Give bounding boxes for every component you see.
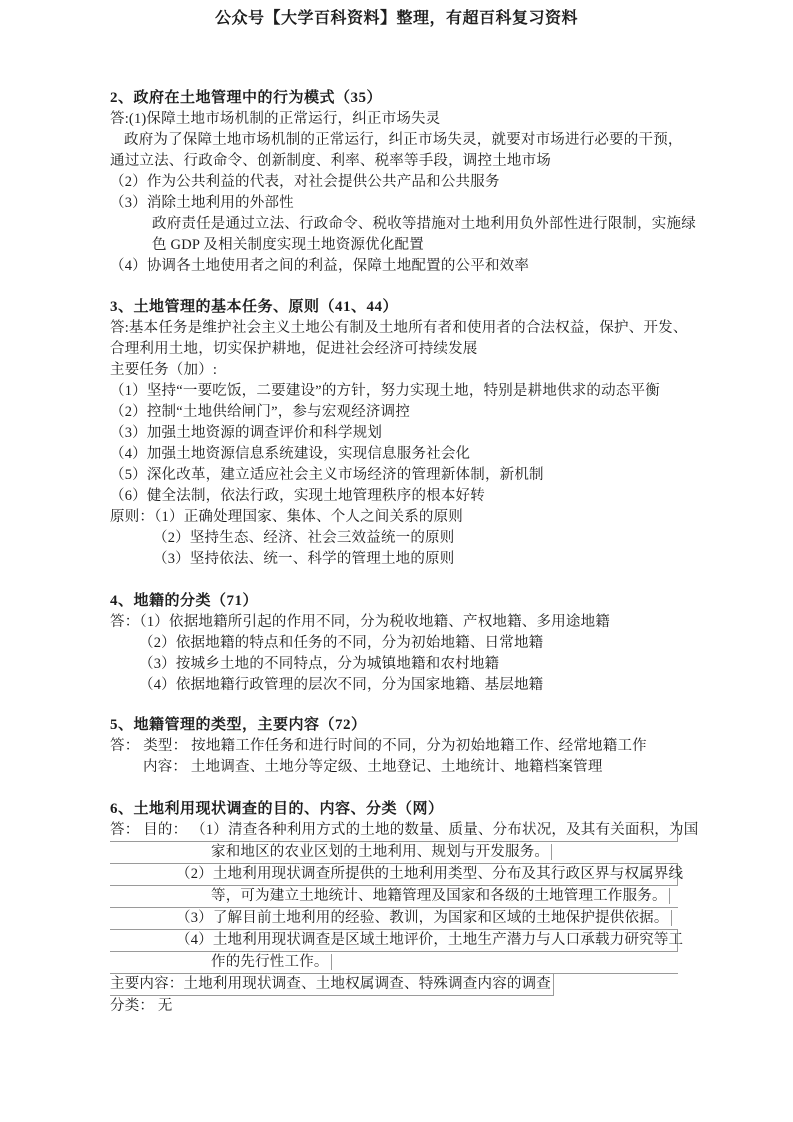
text-line-row: 分类： 无 — [110, 996, 678, 1017]
document-page: 公众号【大学百科资料】整理，有超百科复习资料 2、政府在土地管理中的行为模式（3… — [0, 0, 793, 1122]
text-line: （2）土地利用现状调查所提供的土地利用类型、分布及其行政区界与权属界线 — [176, 866, 683, 882]
text-line: （6）健全法制，依法行政，实现土地管理秩序的根本好转 — [110, 486, 678, 507]
text-line: （3）按城乡土地的不同特点，分为城镇地籍和农村地籍 — [110, 654, 678, 675]
text-line: （2）控制“土地供给闸门”，参与宏观经济调控 — [110, 402, 678, 423]
text-line: （2）坚持生态、经济、社会三效益统一的原则 — [110, 528, 678, 549]
text-line: （4）加强土地资源信息系统建设，实现信息服务社会化 — [110, 444, 678, 465]
text-line: （3）消除土地利用的外部性 — [110, 193, 678, 214]
ruled-text-line: 答： 目的： （1）清查各种利用方式的土地的数量、质量、分布状况，及其有关面积，… — [110, 820, 678, 842]
text-line: （3）坚持依法、统一、科学的管理土地的原则 — [110, 549, 678, 570]
ruled-text-line: 主要内容：土地利用现状调查、土地权属调查、特殊调查内容的调查 — [110, 974, 678, 996]
section-2: 2、政府在土地管理中的行为模式（35） 答:(1)保障土地市场机制的正常运行，纠… — [110, 87, 678, 277]
text-line: 等，可为建立土地统计、地籍管理及国家和各级的土地管理工作服务。 — [211, 888, 670, 904]
text-line: 答:(1)保障土地市场机制的正常运行，纠正市场失灵 — [110, 109, 678, 130]
section-title: 3、土地管理的基本任务、原则（41、44） — [110, 296, 678, 318]
ruled-text-line: （4）土地利用现状调查是区域土地评价，土地生产潜力与人口承载力研究等工 — [110, 930, 678, 952]
text-line: 政府为了保障土地市场机制的正常运行，纠正市场失灵，就要对市场进行必要的干预， — [110, 130, 678, 151]
text-line: 答：（1）依据地籍所引起的作用不同，分为税收地籍、产权地籍、多用途地籍 — [110, 612, 678, 633]
section-title: 4、地籍的分类（71） — [110, 590, 678, 612]
text-line: 合理利用土地，切实保护耕地，促进社会经济可持续发展 — [110, 339, 678, 360]
ruled-text-line: 作的先行性工作。 — [110, 952, 678, 974]
section-title: 6、土地利用现状调查的目的、内容、分类（网） — [110, 798, 678, 820]
section-title: 2、政府在土地管理中的行为模式（35） — [110, 87, 678, 109]
text-line: 主要内容：土地利用现状调查、土地权属调查、特殊调查内容的调查 — [110, 974, 554, 996]
ruled-text-line: （3）了解目前土地利用的经验、教训，为国家和区域的土地保护提供依据。 — [110, 908, 678, 930]
text-line: （3）加强土地资源的调查评价和科学规划 — [110, 423, 678, 444]
text-line: 政府责任是通过立法、行政命令、税收等措施对土地利用负外部性进行限制，实施绿 — [110, 214, 678, 235]
text-line: （4）依据地籍行政管理的层次不同，分为国家地籍、基层地籍 — [110, 675, 678, 696]
text-line: （4）土地利用现状调查是区域土地评价，土地生产潜力与人口承载力研究等工 — [176, 932, 683, 948]
text-line: （5）深化改革，建立适应社会主义市场经济的管理新体制，新机制 — [110, 465, 678, 486]
text-line: 通过立法、行政命令、创新制度、利率、税率等手段，调控土地市场 — [110, 151, 678, 172]
section-4: 4、地籍的分类（71） 答：（1）依据地籍所引起的作用不同，分为税收地籍、产权地… — [110, 590, 678, 696]
text-line: 分类： 无 — [110, 998, 173, 1014]
ruled-text-line: 家和地区的农业区划的土地利用、规划与开发服务。 — [110, 842, 678, 864]
ruled-text-line: 等，可为建立土地统计、地籍管理及国家和各级的土地管理工作服务。 — [110, 886, 678, 908]
text-line: 内容： 土地调查、土地分等定级、土地登记、土地统计、地籍档案管理 — [110, 757, 678, 778]
text-line: 答:基本任务是维护社会主义土地公有制及土地所有者和使用者的合法权益，保护、开发、 — [110, 318, 678, 339]
text-line: 主要任务（加）: — [110, 360, 678, 381]
text-line: 家和地区的农业区划的土地利用、规划与开发服务。 — [211, 844, 552, 860]
document-content: 2、政府在土地管理中的行为模式（35） 答:(1)保障土地市场机制的正常运行，纠… — [0, 87, 793, 1017]
text-line: （2）作为公共利益的代表，对社会提供公共产品和公共服务 — [110, 172, 678, 193]
page-header: 公众号【大学百科资料】整理，有超百科复习资料 — [0, 0, 793, 29]
text-line: （4）协调各土地使用者之间的利益，保障土地配置的公平和效率 — [110, 256, 678, 277]
text-line: 作的先行性工作。 — [211, 954, 332, 970]
text-line: （3）了解目前土地利用的经验、教训，为国家和区域的土地保护提供依据。 — [176, 910, 672, 926]
text-line: 色 GDP 及相关制度实现土地资源优化配置 — [110, 235, 678, 256]
text-line: （2）依据地籍的特点和任务的不同，分为初始地籍、日常地籍 — [110, 633, 678, 654]
section-3: 3、土地管理的基本任务、原则（41、44） 答:基本任务是维护社会主义土地公有制… — [110, 296, 678, 570]
text-line: 答： 目的： （1）清查各种利用方式的土地的数量、质量、分布状况，及其有关面积，… — [110, 822, 698, 838]
section-6: 6、土地利用现状调查的目的、内容、分类（网） 答： 目的： （1）清查各种利用方… — [110, 798, 678, 1017]
text-line: （1）坚持“一要吃饭，二要建设”的方针，努力实现土地，特别是耕地供求的动态平衡 — [110, 381, 678, 402]
text-line: 答： 类型： 按地籍工作任务和进行时间的不同，分为初始地籍工作、经常地籍工作 — [110, 736, 678, 757]
ruled-text-line: （2）土地利用现状调查所提供的土地利用类型、分布及其行政区界与权属界线 — [110, 864, 678, 886]
section-5: 5、地籍管理的类型，主要内容（72） 答： 类型： 按地籍工作任务和进行时间的不… — [110, 714, 678, 778]
section-title: 5、地籍管理的类型，主要内容（72） — [110, 714, 678, 736]
text-line: 原则：（1）正确处理国家、集体、个人之间关系的原则 — [110, 507, 678, 528]
